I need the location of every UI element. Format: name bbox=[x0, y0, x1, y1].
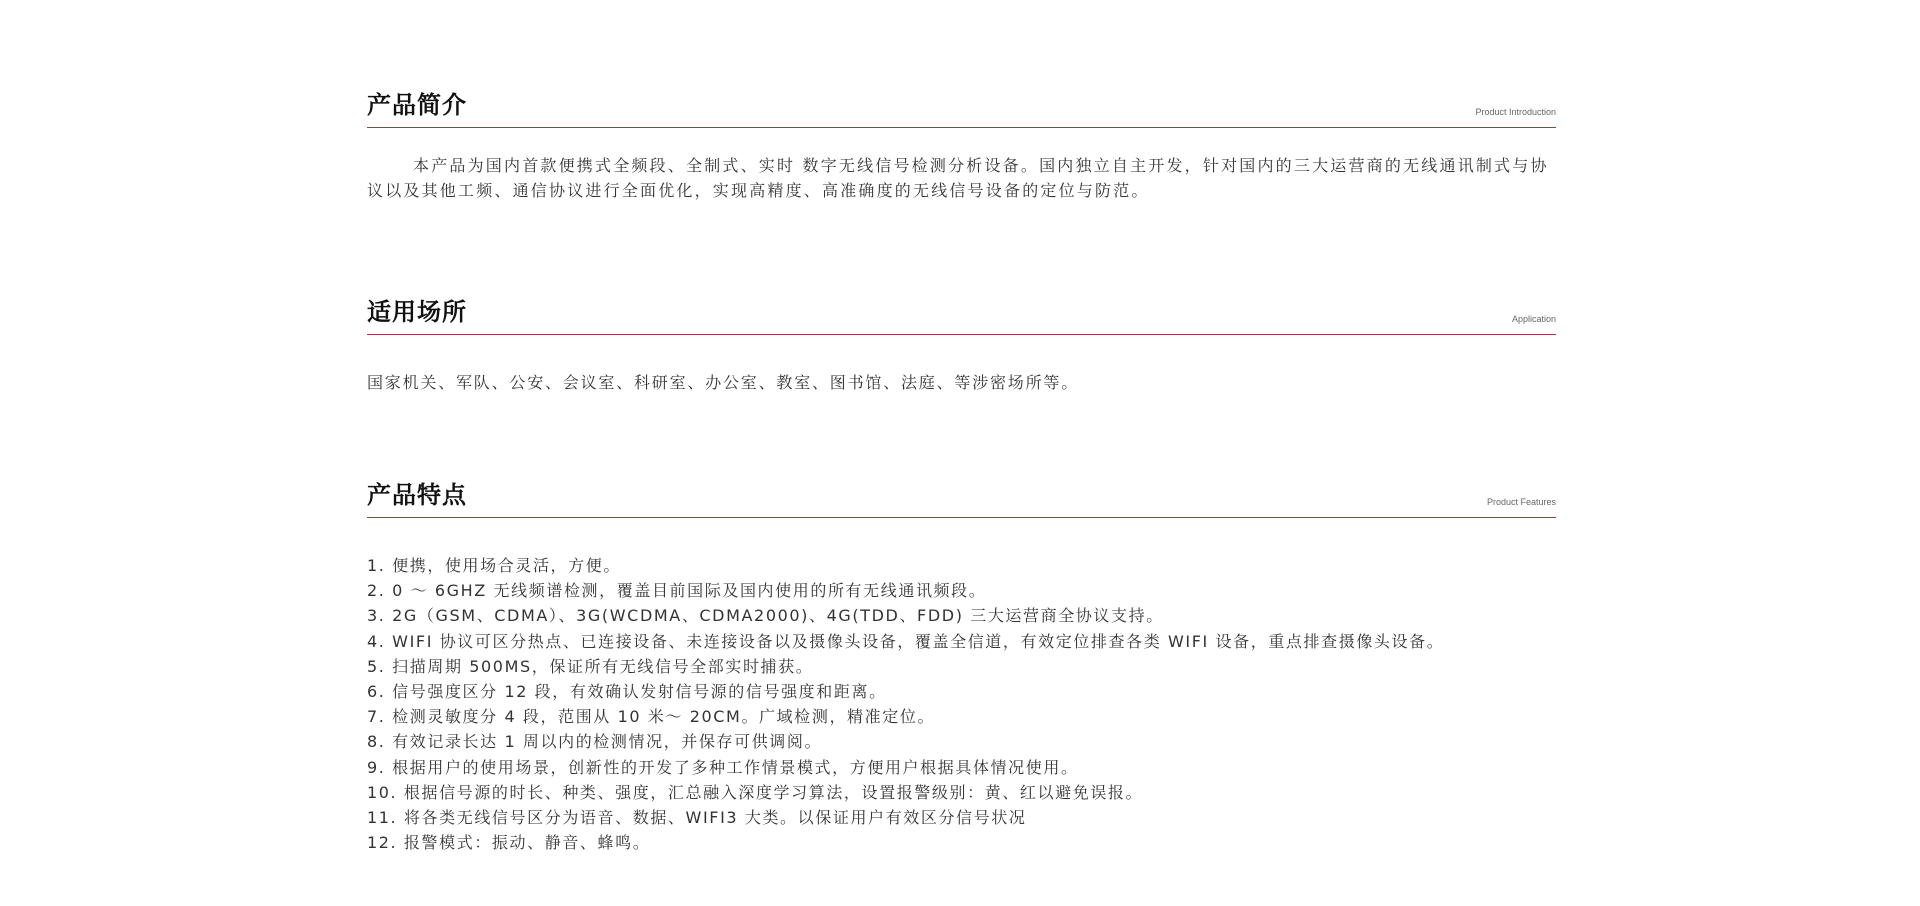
feature-item: 9. 根据用户的使用场景，创新性的开发了多种工作情景模式，方便用户根据具体情况使… bbox=[367, 755, 1556, 780]
features-list: 1. 便携，使用场合灵活，方便。 2. 0 ～ 6GHZ 无线频谱检测，覆盖目前… bbox=[367, 553, 1556, 855]
section-subtitle: Product Features bbox=[1487, 497, 1556, 507]
section-header: 适用场所 Application bbox=[367, 298, 1556, 335]
feature-item: 7. 检测灵敏度分 4 段，范围从 10 米～ 20CM。广域检测，精准定位。 bbox=[367, 704, 1556, 729]
feature-item: 12. 报警模式：振动、静音、蜂鸣。 bbox=[367, 830, 1556, 855]
feature-item: 5. 扫描周期 500MS，保证所有无线信号全部实时捕获。 bbox=[367, 654, 1556, 679]
feature-item: 3. 2G（GSM、CDMA）、3G(WCDMA、CDMA2000)、4G(TD… bbox=[367, 603, 1556, 628]
section-title: 适用场所 bbox=[367, 298, 467, 326]
section-title: 产品特点 bbox=[367, 481, 467, 509]
feature-item: 4. WIFI 协议可区分热点、已连接设备、未连接设备以及摄像头设备，覆盖全信道… bbox=[367, 629, 1556, 654]
feature-item: 1. 便携，使用场合灵活，方便。 bbox=[367, 553, 1556, 578]
section-subtitle: Application bbox=[1512, 314, 1556, 324]
feature-item: 6. 信号强度区分 12 段，有效确认发射信号源的信号强度和距离。 bbox=[367, 679, 1556, 704]
intro-paragraph: 本产品为国内首款便携式全频段、全制式、实时 数字无线信号检测分析设备。国内独立自… bbox=[367, 153, 1556, 203]
section-header: 产品简介 Product Introduction bbox=[367, 91, 1556, 128]
section-product-introduction: 产品简介 Product Introduction 本产品为国内首款便携式全频段… bbox=[367, 91, 1556, 203]
section-application: 适用场所 Application 国家机关、军队、公安、会议室、科研室、办公室、… bbox=[367, 298, 1556, 395]
section-header: 产品特点 Product Features bbox=[367, 481, 1556, 518]
section-title: 产品简介 bbox=[367, 91, 467, 119]
section-subtitle: Product Introduction bbox=[1475, 107, 1556, 117]
feature-item: 11. 将各类无线信号区分为语音、数据、WIFI3 大类。以保证用户有效区分信号… bbox=[367, 805, 1556, 830]
section-product-features: 产品特点 Product Features 1. 便携，使用场合灵活，方便。 2… bbox=[367, 481, 1556, 855]
application-paragraph: 国家机关、军队、公安、会议室、科研室、办公室、教室、图书馆、法庭、等涉密场所等。 bbox=[367, 370, 1556, 395]
feature-item: 8. 有效记录长达 1 周以内的检测情况，并保存可供调阅。 bbox=[367, 729, 1556, 754]
feature-item: 10. 根据信号源的时长、种类、强度，汇总融入深度学习算法，设置报警级别：黄、红… bbox=[367, 780, 1556, 805]
feature-item: 2. 0 ～ 6GHZ 无线频谱检测，覆盖目前国际及国内使用的所有无线通讯频段。 bbox=[367, 578, 1556, 603]
